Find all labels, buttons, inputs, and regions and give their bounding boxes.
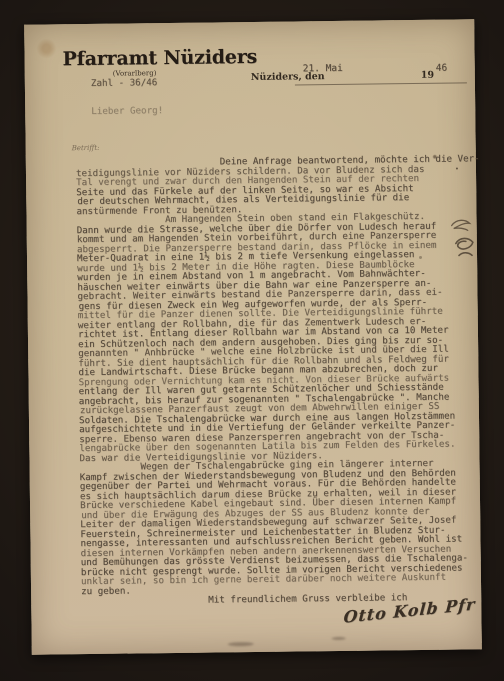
subject-label: Betrifft: bbox=[72, 144, 100, 152]
paper-smudge bbox=[332, 637, 346, 640]
dateline-typed-date: 21. Mai bbox=[303, 63, 343, 74]
ink-speck bbox=[456, 167, 458, 169]
letter-page: Pfarramt Nüziders (Vorarlberg) Zahl - 36… bbox=[24, 19, 482, 654]
photo-backdrop: Pfarramt Nüziders (Vorarlberg) Zahl - 36… bbox=[0, 0, 504, 681]
paper-smudge bbox=[228, 642, 254, 646]
ink-speck bbox=[419, 256, 422, 259]
letter-body: Deine Anfrage beantwortend, möchte ich d… bbox=[76, 154, 477, 596]
letterhead-office: Pfarramt Nüziders bbox=[62, 46, 257, 70]
file-number: Zahl - 36/46 bbox=[91, 77, 158, 89]
salutation: Lieber Georg! bbox=[91, 105, 163, 117]
dateline-rule bbox=[295, 82, 467, 85]
dateline-year: 46 bbox=[436, 63, 448, 74]
dateline-century: 19 bbox=[421, 70, 434, 81]
handwritten-annotation-icon bbox=[449, 215, 480, 261]
